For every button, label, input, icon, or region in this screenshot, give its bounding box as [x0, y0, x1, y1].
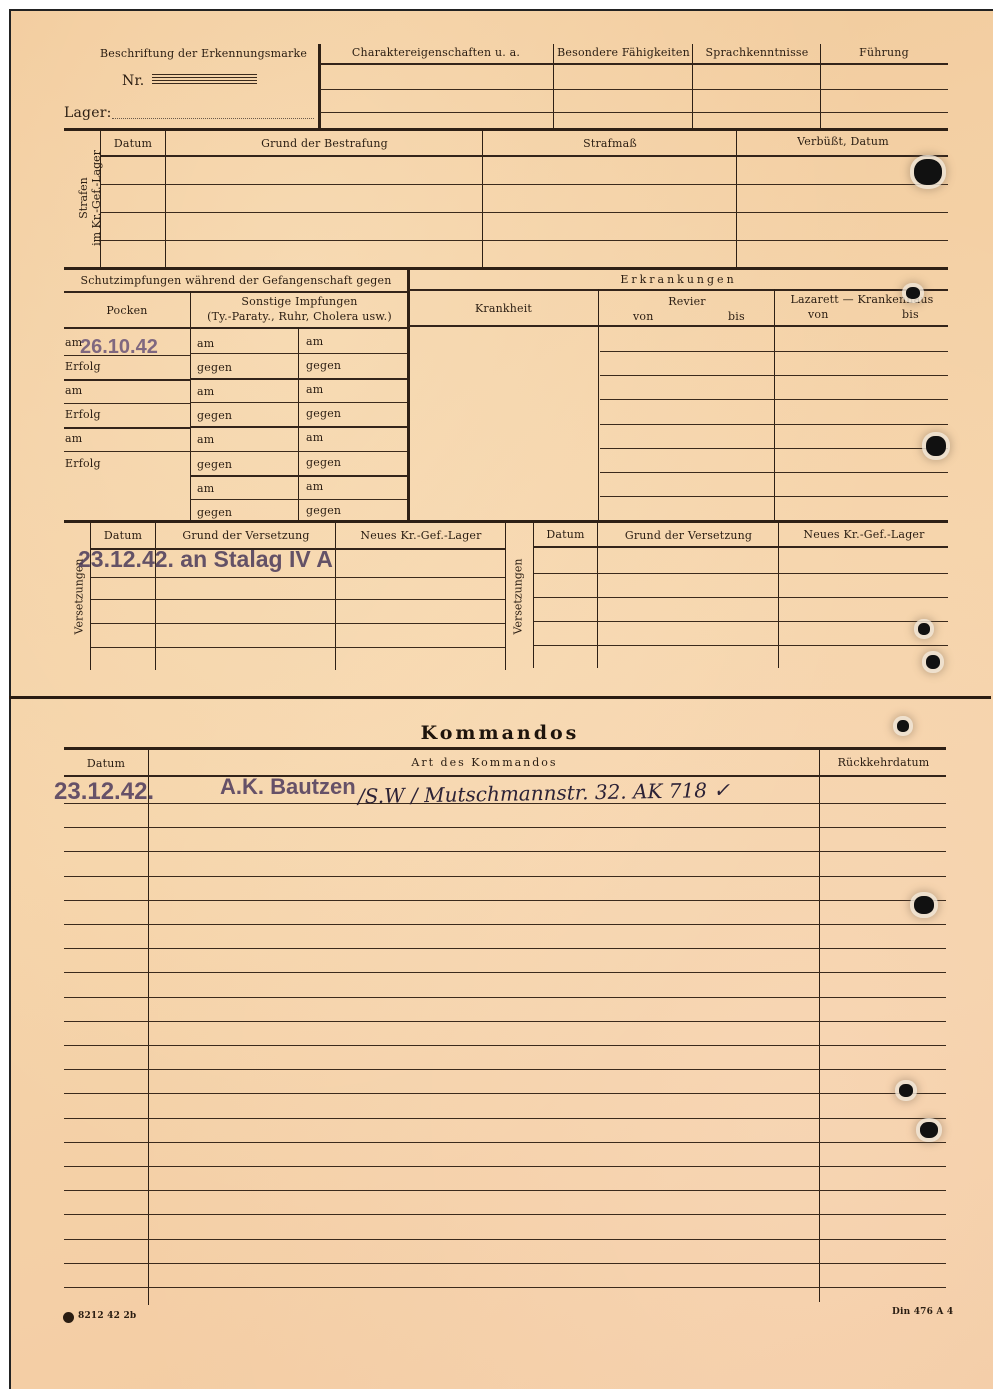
kommando-date-stamp: 23.12.42.	[54, 778, 154, 806]
sonstige-am: am	[197, 337, 214, 350]
impfungen-title: Schutzimpfungen während der Gefangenscha…	[64, 274, 408, 287]
pocken-label: Pocken	[64, 304, 190, 317]
col-fuehrung: Führung	[822, 46, 946, 59]
sonstige-gegen: gegen	[306, 407, 341, 420]
punch-hole	[926, 655, 940, 669]
col-sprachkenntnisse: Sprachkenntnisse	[694, 46, 820, 59]
sonstige-gegen: gegen	[306, 359, 341, 372]
revier-bis: bis	[728, 310, 745, 323]
sonstige-gegen: gegen	[197, 409, 232, 422]
marke-label: Beschriftung der Erkennungsmarke	[100, 47, 307, 60]
sonstige-label: Sonstige Impfungen	[192, 295, 407, 308]
sonstige-am: am	[306, 383, 323, 396]
pocken-am-2: am	[65, 384, 82, 397]
kommandos-col-rueckkehr: Rückkehrdatum	[821, 756, 946, 769]
vers-right-col-datum: Datum	[534, 528, 597, 541]
col-charakter: Charaktereigenschaften u. a.	[320, 46, 552, 59]
sonstige-gegen: gegen	[306, 456, 341, 469]
col-faehigkeiten: Besondere Fähigkeiten	[555, 46, 692, 59]
vers-right-col-grund: Grund der Versetzung	[599, 529, 778, 542]
fold-line	[9, 696, 991, 699]
nr-redacted-lines	[152, 74, 257, 86]
strafen-col-strafmass: Strafmaß	[484, 137, 736, 150]
pocken-erfolg-3: Erfolg	[65, 457, 101, 470]
punch-hole	[899, 1084, 913, 1097]
kommandos-col-datum: Datum	[64, 757, 148, 770]
punch-hole	[897, 720, 909, 732]
revier-von: von	[633, 310, 654, 323]
kommandos-col-art: Art des Kommandos	[150, 756, 819, 769]
sonstige-gegen: gegen	[197, 361, 232, 374]
versetzung-stamp: 23.12.42. an Stalag IV A	[78, 546, 333, 573]
punch-hole	[918, 623, 930, 635]
lazarett-label: Lazarett — Krankenhaus	[776, 293, 948, 306]
pocken-erfolg-2: Erfolg	[65, 408, 101, 421]
sonstige-am: am	[197, 482, 214, 495]
punch-hole	[906, 287, 920, 299]
lager-field[interactable]	[112, 118, 314, 119]
sonstige-am: am	[306, 431, 323, 444]
lazarett-bis: bis	[902, 308, 919, 321]
strafen-col-datum: Datum	[101, 137, 165, 150]
sonstige-am: am	[306, 335, 323, 348]
sonstige-gegen: gegen	[197, 458, 232, 471]
sonstige-am: am	[306, 480, 323, 493]
vers-left-col-grund: Grund der Versetzung	[157, 529, 335, 542]
sonstige-gegen: gegen	[306, 504, 341, 517]
din-label: Din 476 A 4	[892, 1307, 953, 1317]
pocken-erfolg-1: Erfolg	[65, 360, 101, 373]
punch-hole	[920, 1122, 938, 1138]
strafen-col-verbuesst: Verbüßt, Datum	[738, 135, 948, 148]
print-code: 8212 42 2b	[78, 1311, 136, 1321]
versetzungen-side-label-right: Versetzungen	[512, 552, 525, 642]
lazarett-von: von	[808, 308, 829, 321]
vers-left-col-datum: Datum	[91, 529, 155, 542]
sonstige-sub-label: (Ty.-Paraty., Ruhr, Cholera usw.)	[192, 310, 407, 323]
vers-left-col-lager: Neues Kr.-Gef.-Lager	[337, 529, 505, 542]
document-page	[9, 9, 993, 1389]
sonstige-am: am	[197, 433, 214, 446]
vers-right-col-lager: Neues Kr.-Gef.-Lager	[780, 528, 948, 541]
printer-mark-icon	[63, 1312, 74, 1323]
strafen-col-grund: Grund der Bestrafung	[167, 137, 482, 150]
punch-hole	[914, 159, 942, 185]
sonstige-am: am	[197, 385, 214, 398]
punch-hole	[926, 436, 946, 456]
sonstige-gegen: gegen	[197, 506, 232, 519]
revier-label: Revier	[600, 295, 774, 308]
kommandos-title: Kommandos	[0, 722, 1000, 744]
pocken-am-3: am	[65, 432, 82, 445]
punch-hole	[914, 896, 934, 914]
erkrankungen-title: Erkrankungen	[409, 273, 948, 286]
kommando-place-stamp: A.K. Bautzen	[220, 774, 356, 800]
nr-label: Nr.	[122, 73, 144, 89]
lager-label: Lager:	[64, 105, 112, 121]
krankheit-label: Krankheit	[409, 302, 598, 315]
